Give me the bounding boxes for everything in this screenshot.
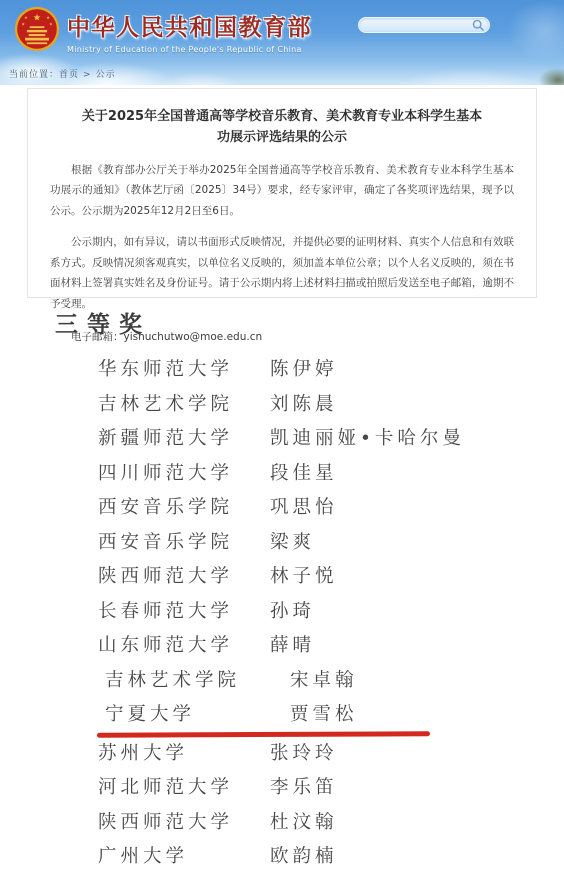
notice-title: 关于2025年全国普通高等学校音乐教育、美术教育专业本科学生基本功展示评选结果的… [50,106,514,149]
student-name: 凯迪丽娅•卡哈尔曼 [270,424,465,450]
student-name: 薛晴 [270,631,315,657]
award-row: 吉林艺术学院 刘陈晨 [0,386,564,421]
award-row: 四川师范大学 段佳星 [0,455,564,490]
award-row: 宁夏大学 贾雪松 [0,696,564,731]
award-list: 华东师范大学 陈伊婷 吉林艺术学院 刘陈晨 新疆师范大学 凯迪丽娅•卡哈尔曼 [0,351,564,872]
award-row: 河北师范大学 李乐笛 [0,769,564,804]
student-name: 林子悦 [270,562,338,588]
breadcrumb-home-link[interactable]: 首页 [59,70,79,80]
award-row: 西安音乐学院 梁爽 [0,524,564,559]
university-name: 华东师范大学 [98,355,270,381]
student-name: 李乐笛 [270,773,338,799]
student-name: 巩思怡 [270,493,338,519]
university-name: 山东师范大学 [98,631,270,657]
student-name: 段佳星 [270,459,338,485]
student-name: 宋卓翰 [290,666,358,692]
student-name: 孙琦 [270,597,315,623]
student-name: 梁爽 [270,528,315,554]
student-name: 杜汶翰 [270,808,338,834]
university-name: 苏州大学 [98,739,270,765]
breadcrumb-separator: > [83,70,92,80]
award-row: 陕西师范大学 杜汶翰 [0,804,564,839]
search-input[interactable] [367,20,472,30]
university-name: 河北师范大学 [98,773,270,799]
search-box[interactable] [358,17,490,33]
search-icon[interactable] [472,19,485,32]
site-header: ★ ★ ★ ★ ★ 中华人民共和国教育部 Ministry of Educati… [0,0,564,85]
national-emblem-logo: ★ ★ ★ ★ ★ [14,6,60,52]
award-row: 华东师范大学 陈伊婷 [0,351,564,386]
award-row: 长春师范大学 孙琦 [0,593,564,628]
highlight-underline [97,731,430,737]
university-name: 吉林艺术学院 [105,666,290,692]
site-subtitle: Ministry of Education of the People's Re… [67,45,312,54]
student-name: 贾雪松 [290,700,358,726]
university-name: 宁夏大学 [105,700,290,726]
university-name: 长春师范大学 [98,597,270,623]
svg-text:★: ★ [46,15,50,20]
breadcrumb: 当前位置：首页>公示 [9,67,116,80]
student-name: 欧韵楠 [270,842,338,868]
svg-text:★: ★ [24,15,28,20]
site-brand: 中华人民共和国教育部 Ministry of Education of the … [67,9,312,54]
page: ★ ★ ★ ★ ★ 中华人民共和国教育部 Ministry of Educati… [0,0,564,872]
notice-paragraph-1: 根据《教育部办公厅关于举办2025年全国普通高等学校音乐教育、美术教育专业本科学… [50,160,514,221]
award-row: 山东师范大学 薛晴 [0,627,564,662]
university-name: 四川师范大学 [98,459,270,485]
university-name: 西安音乐学院 [98,493,270,519]
award-row: 西安音乐学院 巩思怡 [0,489,564,524]
svg-text:★: ★ [49,21,53,26]
university-name: 广州大学 [98,842,270,868]
university-name: 新疆师范大学 [98,424,270,450]
award-heading: 三等奖 [55,306,564,339]
university-name: 吉林艺术学院 [98,390,270,416]
student-name: 刘陈晨 [270,390,338,416]
award-row: 吉林艺术学院 宋卓翰 [0,662,564,697]
award-row: 陕西师范大学 林子悦 [0,558,564,593]
notice-card: 关于2025年全国普通高等学校音乐教育、美术教育专业本科学生基本功展示评选结果的… [27,88,537,298]
student-name: 陈伊婷 [270,355,338,381]
university-name: 西安音乐学院 [98,528,270,554]
svg-text:★: ★ [21,21,25,26]
breadcrumb-current: 公示 [96,70,116,80]
award-row: 苏州大学 张玲玲 [0,735,564,770]
university-name: 陕西师范大学 [98,808,270,834]
student-name: 张玲玲 [270,739,338,765]
university-name: 陕西师范大学 [98,562,270,588]
award-section: 三等奖 华东师范大学 陈伊婷 吉林艺术学院 刘陈晨 新疆师范大学 凯迪丽娅•卡哈… [0,298,564,872]
breadcrumb-label: 当前位置： [9,70,59,80]
site-title: 中华人民共和国教育部 [67,9,312,42]
svg-text:★: ★ [33,13,41,24]
award-row: 新疆师范大学 凯迪丽娅•卡哈尔曼 [0,420,564,455]
award-row: 广州大学 欧韵楠 [0,838,564,872]
